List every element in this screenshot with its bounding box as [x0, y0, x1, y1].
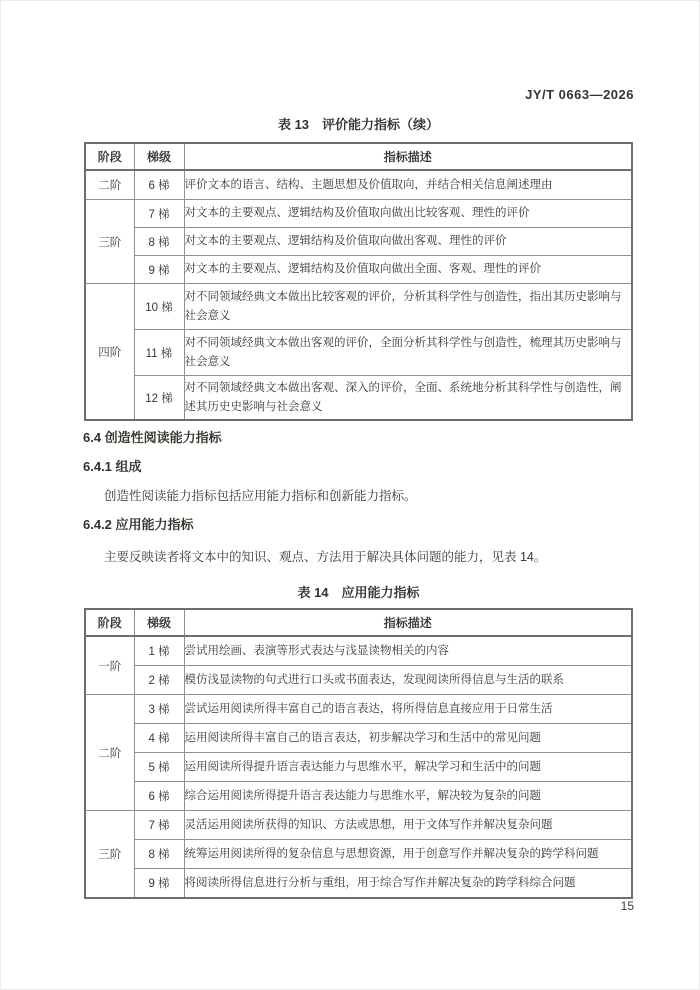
- stage-cell: 四阶: [85, 284, 134, 421]
- desc-cell: 对文本的主要观点、逻辑结构及价值取向做出全面、客观、理性的评价: [184, 256, 632, 284]
- stage-cell: 二阶: [85, 695, 134, 811]
- standard-number: JY/T 0663—2026: [525, 87, 634, 102]
- level-cell: 7 梯: [134, 811, 184, 840]
- column-header-stage: 阶段: [85, 143, 134, 170]
- desc-cell: 运用阅读所得丰富自己的语言表达，初步解决学习和生活中的常见问题: [184, 724, 632, 753]
- table-row: 8 梯 对文本的主要观点、逻辑结构及价值取向做出客观、理性的评价: [85, 228, 632, 256]
- table-row: 4 梯 运用阅读所得丰富自己的语言表达，初步解决学习和生活中的常见问题: [85, 724, 632, 753]
- table-row: 2 梯 模仿浅显读物的句式进行口头或书面表达，发现阅读所得信息与生活的联系: [85, 666, 632, 695]
- section-heading-6-4-2: 6.4.2 应用能力指标: [83, 514, 194, 533]
- section-paragraph-6-4-1: 创造性阅读能力指标包括应用能力指标和创新能力指标。: [104, 486, 417, 504]
- desc-cell: 综合运用阅读所得提升语言表达能力与思维水平，解决较为复杂的问题: [184, 782, 632, 811]
- table-row: 5 梯 运用阅读所得提升语言表达能力与思维水平，解决学习和生活中的问题: [85, 753, 632, 782]
- section-heading-6-4: 6.4 创造性阅读能力指标: [83, 427, 222, 446]
- level-cell: 9 梯: [134, 869, 184, 899]
- stage-cell: 二阶: [85, 170, 134, 200]
- table-row: 二阶 3 梯 尝试运用阅读所得丰富自己的语言表达，将所得信息直接应用于日常生活: [85, 695, 632, 724]
- table-row: 三阶 7 梯 对文本的主要观点、逻辑结构及价值取向做出比较客观、理性的评价: [85, 200, 632, 228]
- section-paragraph-6-4-2: 主要反映读者将文本中的知识、观点、方法用于解决具体问题的能力，见表 14。: [104, 547, 546, 565]
- desc-cell: 统筹运用阅读所得的复杂信息与思想资源，用于创意写作并解决复杂的跨学科问题: [184, 840, 632, 869]
- level-cell: 9 梯: [134, 256, 184, 284]
- desc-cell: 对不同领域经典文本做出比较客观的评价，分析其科学性与创造性，指出其历史影响与社会…: [184, 284, 632, 330]
- desc-cell: 对不同领域经典文本做出客观的评价，全面分析其科学性与创造性，梳理其历史影响与社会…: [184, 330, 632, 376]
- table13: 阶段 梯级 指标描述 二阶 6 梯 评价文本的语言、结构、主题思想及价值取向，并…: [84, 142, 633, 421]
- level-cell: 2 梯: [134, 666, 184, 695]
- column-header-description: 指标描述: [184, 143, 632, 170]
- table-row: 三阶 7 梯 灵活运用阅读所获得的知识、方法或思想，用于文体写作并解决复杂问题: [85, 811, 632, 840]
- table13-header-row: 阶段 梯级 指标描述: [85, 143, 632, 170]
- level-cell: 3 梯: [134, 695, 184, 724]
- table-row: 11 梯 对不同领域经典文本做出客观的评价，全面分析其科学性与创造性，梳理其历史…: [85, 330, 632, 376]
- table-row: 9 梯 将阅读所得信息进行分析与重组，用于综合写作并解决复杂的跨学科综合问题: [85, 869, 632, 899]
- level-cell: 10 梯: [134, 284, 184, 330]
- desc-cell: 对文本的主要观点、逻辑结构及价值取向做出客观、理性的评价: [184, 228, 632, 256]
- stage-cell: 三阶: [85, 811, 134, 899]
- level-cell: 6 梯: [134, 170, 184, 200]
- desc-cell: 将阅读所得信息进行分析与重组，用于综合写作并解决复杂的跨学科综合问题: [184, 869, 632, 899]
- desc-cell: 评价文本的语言、结构、主题思想及价值取向，并结合相关信息阐述理由: [184, 170, 632, 200]
- level-cell: 8 梯: [134, 228, 184, 256]
- desc-cell: 对不同领域经典文本做出客观、深入的评价，全面、系统地分析其科学性与创造性，阐述其…: [184, 376, 632, 421]
- desc-cell: 对文本的主要观点、逻辑结构及价值取向做出比较客观、理性的评价: [184, 200, 632, 228]
- level-cell: 5 梯: [134, 753, 184, 782]
- level-cell: 11 梯: [134, 330, 184, 376]
- desc-cell: 模仿浅显读物的句式进行口头或书面表达，发现阅读所得信息与生活的联系: [184, 666, 632, 695]
- table-row: 12 梯 对不同领域经典文本做出客观、深入的评价，全面、系统地分析其科学性与创造…: [85, 376, 632, 421]
- table14-caption: 表 14 应用能力指标: [84, 582, 633, 601]
- level-cell: 7 梯: [134, 200, 184, 228]
- stage-cell: 一阶: [85, 636, 134, 695]
- column-header-level: 梯级: [134, 143, 184, 170]
- desc-cell: 尝试运用阅读所得丰富自己的语言表达，将所得信息直接应用于日常生活: [184, 695, 632, 724]
- table-row: 四阶 10 梯 对不同领域经典文本做出比较客观的评价，分析其科学性与创造性，指出…: [85, 284, 632, 330]
- table14: 阶段 梯级 指标描述 一阶 1 梯 尝试用绘画、表演等形式表达与浅显读物相关的内…: [84, 608, 633, 899]
- document-page: JY/T 0663—2026 表 13 评价能力指标（续） 阶段 梯级 指标描述…: [0, 0, 700, 990]
- level-cell: 8 梯: [134, 840, 184, 869]
- desc-cell: 运用阅读所得提升语言表达能力与思维水平，解决学习和生活中的问题: [184, 753, 632, 782]
- level-cell: 6 梯: [134, 782, 184, 811]
- column-header-description: 指标描述: [184, 609, 632, 636]
- column-header-stage: 阶段: [85, 609, 134, 636]
- table-row: 8 梯 统筹运用阅读所得的复杂信息与思想资源，用于创意写作并解决复杂的跨学科问题: [85, 840, 632, 869]
- level-cell: 12 梯: [134, 376, 184, 421]
- table-row: 9 梯 对文本的主要观点、逻辑结构及价值取向做出全面、客观、理性的评价: [85, 256, 632, 284]
- section-heading-6-4-1: 6.4.1 组成: [83, 456, 142, 475]
- desc-cell: 尝试用绘画、表演等形式表达与浅显读物相关的内容: [184, 636, 632, 666]
- level-cell: 4 梯: [134, 724, 184, 753]
- table14-header-row: 阶段 梯级 指标描述: [85, 609, 632, 636]
- page-number: 15: [621, 899, 634, 913]
- table-row: 一阶 1 梯 尝试用绘画、表演等形式表达与浅显读物相关的内容: [85, 636, 632, 666]
- desc-cell: 灵活运用阅读所获得的知识、方法或思想，用于文体写作并解决复杂问题: [184, 811, 632, 840]
- column-header-level: 梯级: [134, 609, 184, 636]
- table-row: 6 梯 综合运用阅读所得提升语言表达能力与思维水平，解决较为复杂的问题: [85, 782, 632, 811]
- table13-caption: 表 13 评价能力指标（续）: [84, 114, 633, 133]
- table-row: 二阶 6 梯 评价文本的语言、结构、主题思想及价值取向，并结合相关信息阐述理由: [85, 170, 632, 200]
- stage-cell: 三阶: [85, 200, 134, 284]
- level-cell: 1 梯: [134, 636, 184, 666]
